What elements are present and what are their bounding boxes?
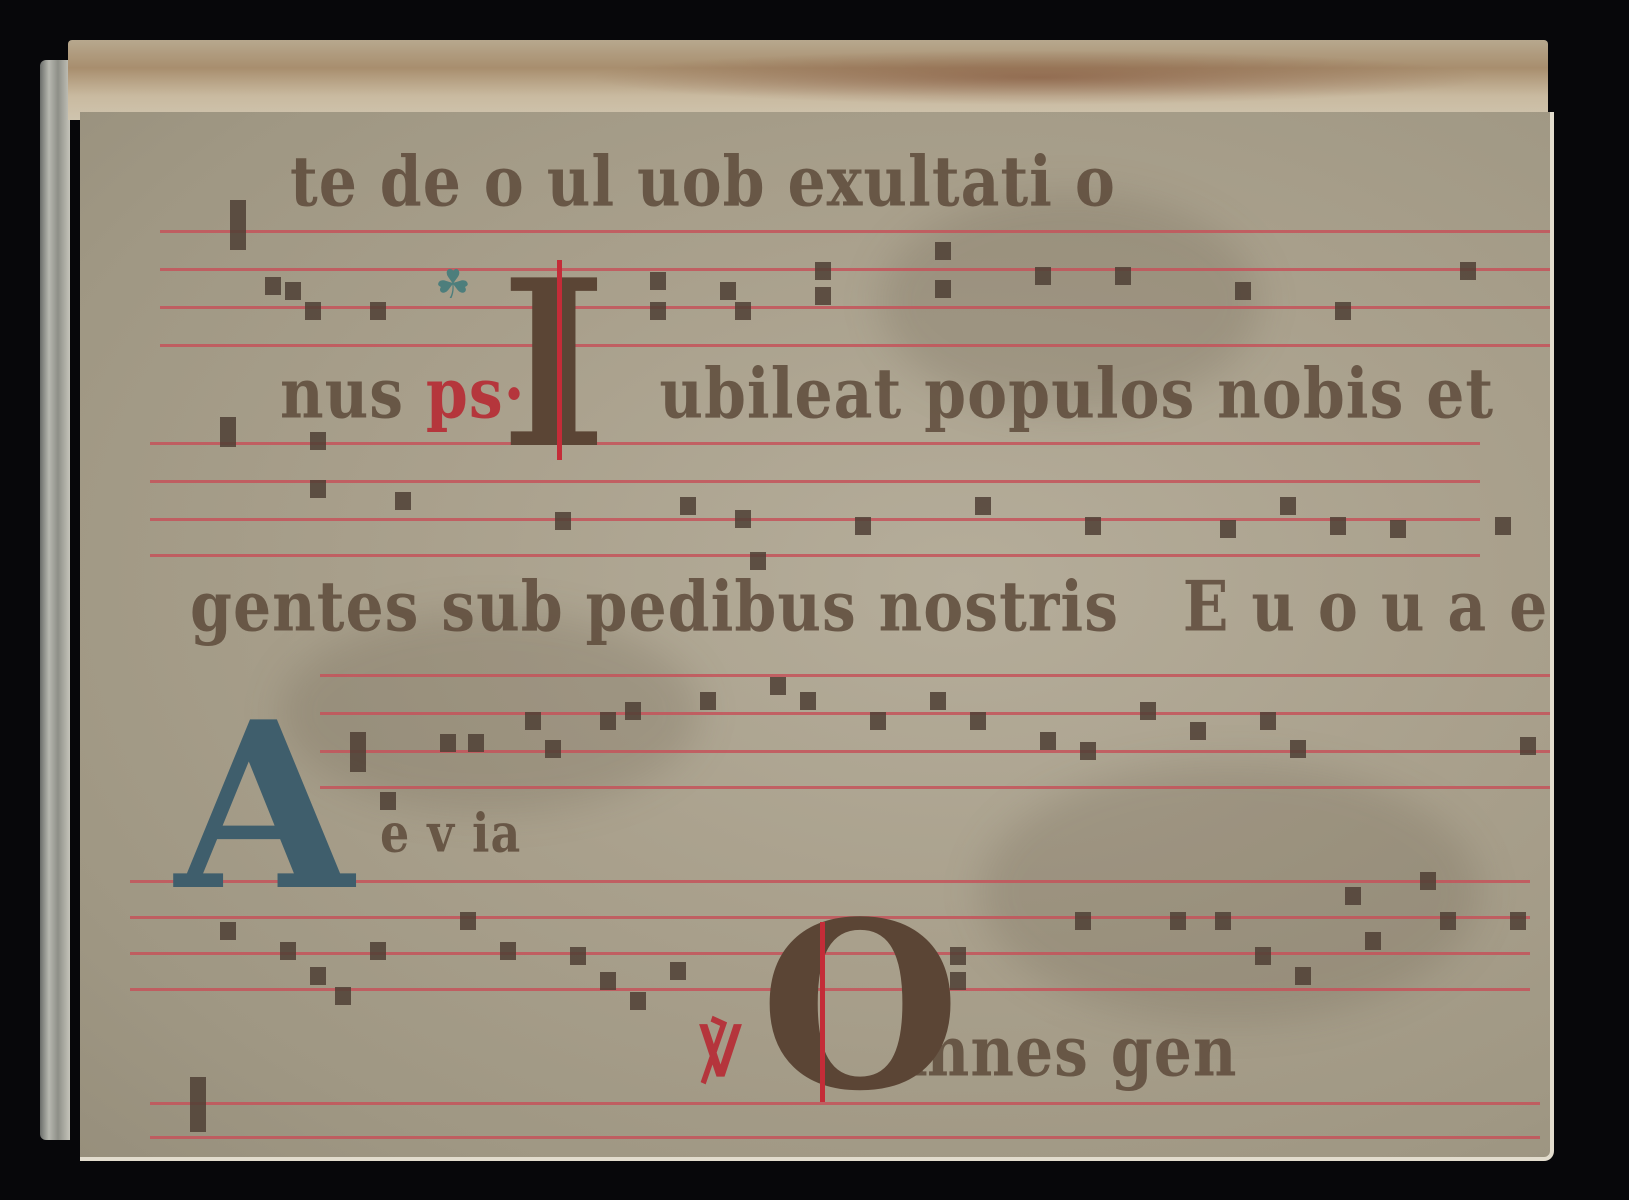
note (630, 992, 646, 1010)
note (1085, 517, 1101, 535)
note (700, 692, 716, 710)
note (1280, 497, 1296, 515)
differentia: E u o u a e. (1183, 567, 1554, 648)
note (1115, 267, 1131, 285)
note (970, 712, 986, 730)
versicle-rubric: ℣ (700, 1012, 742, 1093)
note (380, 792, 396, 810)
note (1075, 912, 1091, 930)
text-line-1: te de o ul uob exultati o (290, 142, 1116, 223)
text-line-4: e v ia (380, 802, 521, 864)
note (280, 942, 296, 960)
note (285, 282, 301, 300)
note (1290, 740, 1306, 758)
note (950, 947, 966, 965)
text-line-2: nus ps· ubileat populos nobis et (280, 354, 1494, 435)
note (1520, 737, 1536, 755)
note (650, 272, 666, 290)
note (1260, 712, 1276, 730)
note (500, 942, 516, 960)
note (1345, 887, 1361, 905)
note (735, 510, 751, 528)
note (1495, 517, 1511, 535)
note (1440, 912, 1456, 930)
note (1330, 517, 1346, 535)
note (310, 432, 326, 450)
note (600, 712, 616, 730)
note (1460, 262, 1476, 280)
note (855, 517, 871, 535)
staff-1 (160, 230, 1550, 360)
note (935, 242, 951, 260)
initial-a: A (175, 672, 353, 942)
note (220, 922, 236, 940)
note (555, 512, 571, 530)
note (310, 480, 326, 498)
note (1510, 912, 1526, 930)
note (370, 302, 386, 320)
note (305, 302, 321, 320)
note (1140, 702, 1156, 720)
note (815, 262, 831, 280)
note (460, 912, 476, 930)
binding-strip (68, 40, 1548, 120)
note (1420, 872, 1436, 890)
note (815, 287, 831, 305)
note (545, 740, 561, 758)
note (935, 280, 951, 298)
clef (190, 1077, 206, 1132)
note (670, 962, 686, 980)
note (1390, 520, 1406, 538)
note (1040, 732, 1056, 750)
note (335, 987, 351, 1005)
note (750, 552, 766, 570)
note (370, 942, 386, 960)
initial-i: I (500, 230, 608, 500)
note (1215, 912, 1231, 930)
note (1255, 947, 1271, 965)
note (975, 497, 991, 515)
note (440, 734, 456, 752)
note (950, 972, 966, 990)
choir-book: te de o ul uob exultati o nus ps· ubilea… (40, 40, 1570, 1155)
note (625, 702, 641, 720)
note (570, 947, 586, 965)
clef (230, 200, 246, 250)
note (800, 692, 816, 710)
note (350, 732, 366, 772)
note (220, 417, 236, 447)
note (525, 712, 541, 730)
note (735, 302, 751, 320)
note (600, 972, 616, 990)
verse-text: gentes sub pedibus nostris (190, 567, 1119, 648)
text-before: nus (280, 354, 404, 435)
note (650, 302, 666, 320)
note (1335, 302, 1351, 320)
note (770, 677, 786, 695)
text-line-3: gentes sub pedibus nostris E u o u a e. (190, 567, 1554, 648)
manuscript-leaf: te de o ul uob exultati o nus ps· ubilea… (80, 112, 1554, 1161)
note (1080, 742, 1096, 760)
note (930, 692, 946, 710)
note (468, 734, 484, 752)
note (680, 497, 696, 515)
note (1035, 267, 1051, 285)
note (720, 282, 736, 300)
page-edges (40, 60, 70, 1140)
note (395, 492, 411, 510)
psalm-text: ubileat populos nobis et (659, 354, 1494, 435)
note (310, 967, 326, 985)
note (1220, 520, 1236, 538)
clover-icon: ☘ (435, 262, 471, 308)
note (1190, 722, 1206, 740)
initial-o: O (760, 872, 960, 1142)
note (870, 712, 886, 730)
note (1235, 282, 1251, 300)
note (1365, 932, 1381, 950)
note (265, 277, 281, 295)
note (1295, 967, 1311, 985)
note (1170, 912, 1186, 930)
